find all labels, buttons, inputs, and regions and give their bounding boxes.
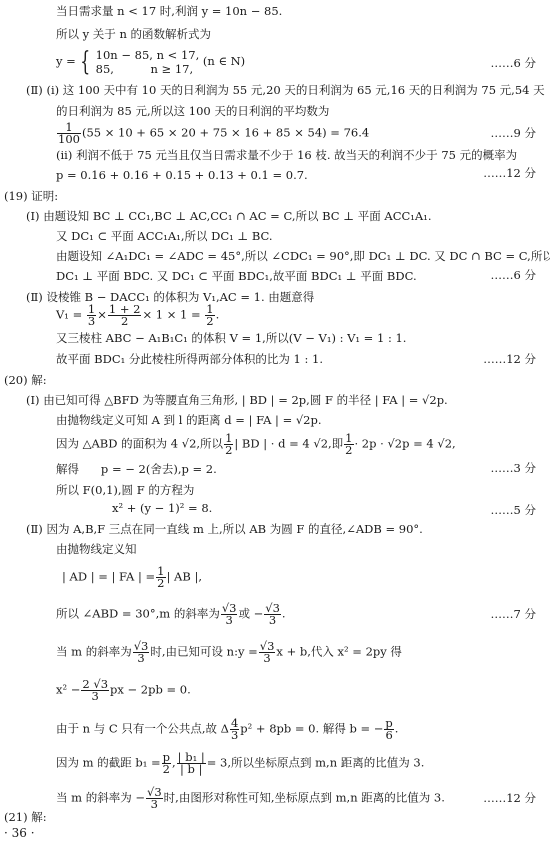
score-marker: ……9 分 (491, 125, 536, 141)
text-line: 解得 p = − 2(舍去),p = 2. (56, 462, 217, 476)
text-line: 所以 y 关于 n 的函数解析式为 (56, 27, 211, 41)
score-marker: ……3 分 (491, 460, 536, 476)
text-line: (Ⅱ) (i) 这 100 天中有 10 天的日利润为 55 元,20 天的日利… (26, 83, 545, 97)
domain: (n ∈ N) (203, 54, 245, 68)
text-line: (Ⅰ) 由已知可得 △BFD 为等腰直角三角形, | BD | = 2p,圆 F… (26, 393, 448, 407)
text-line: (Ⅰ) 由题设知 BC ⊥ CC₁,BC ⊥ AC,CC₁ ∩ AC = C,所… (26, 209, 431, 223)
equation: | AD | = | FA | =12| AB |, (62, 566, 202, 589)
text-line: (Ⅱ) 设棱锥 B − DACC₁ 的体积为 V₁,AC = 1. 由题意得 (26, 290, 314, 304)
text-line: (ii) 利润不低于 75 元当且仅当日需求量不少于 16 枝. 故当天的利润不… (56, 148, 517, 162)
score-marker: ……7 分 (491, 606, 536, 622)
text-line: 所以 F(0,1),圆 F 的方程为 (56, 483, 194, 497)
text-line: 当日需求量 n < 17 时,利润 y = 10n − 85. (56, 4, 282, 18)
part-label: (Ⅱ) (26, 83, 43, 97)
score-marker: ……12 分 (483, 165, 536, 181)
part-label: (Ⅰ) (26, 209, 40, 223)
text: 由已知可得 △BFD 为等腰直角三角形, | BD | = 2p,圆 F 的半径… (43, 393, 448, 407)
piecewise-cases: 10n − 85, n < 17, 85, n ≥ 17, (96, 48, 200, 76)
text: 由题设知 BC ⊥ CC₁,BC ⊥ AC,CC₁ ∩ AC = C,所以 BC… (43, 209, 431, 223)
text: 因为 A,B,F 三点在同一直线 m 上,所以 AB 为圆 F 的直径,∠ADB… (46, 522, 422, 536)
case-2: 85, n ≥ 17, (96, 62, 200, 76)
text: (i) 这 100 天中有 10 天的日利润为 55 元,20 天的日利润为 6… (46, 83, 544, 97)
equation: 当 m 的斜率为 −√33时,由图形对称性可知,坐标原点到 m,n 距离的比值为… (56, 787, 445, 810)
equation: x² −2 √33px − 2pb = 0. (56, 679, 191, 702)
score-marker: ……5 分 (491, 502, 536, 518)
text-line: 故平面 BDC₁ 分此棱柱所得两部分体积的比为 1 : 1. (56, 352, 323, 366)
text-line: 由抛物线定义知 (56, 542, 137, 556)
equation: 由于 n 与 C 只有一个公共点,故 Δ43p² + 8pb = 0. 解得 b… (56, 718, 398, 741)
fraction: 1100 (57, 122, 81, 145)
score-marker: ……12 分 (483, 351, 536, 367)
score-marker: ……6 分 (491, 55, 536, 71)
question-heading: (19) 证明: (4, 189, 58, 203)
text-line: 又 DC₁ ⊂ 平面 ACC₁A₁,所以 DC₁ ⊥ BC. (56, 229, 273, 243)
text-line: 的日利润为 85 元,所以这 100 天的日利润的平均数为 (56, 104, 329, 118)
text-line: (Ⅱ) 因为 A,B,F 三点在同一直线 m 上,所以 AB 为圆 F 的直径,… (26, 522, 423, 536)
math-lhs: y = (56, 54, 76, 68)
text-line: 由抛物线定义可知 A 到 l 的距离 d = | FA | = √2p. (56, 413, 322, 427)
equation: 因为 m 的截距 b₁ =p2,| b₁ || b |= 3,所以坐标原点到 m… (56, 752, 424, 775)
text-line: 又三棱柱 ABC − A₁B₁C₁ 的体积 V = 1,所以(V − V₁) :… (56, 331, 406, 345)
text: 设棱锥 B − DACC₁ 的体积为 V₁,AC = 1. 由题意得 (46, 290, 314, 304)
equation: 因为 △ABD 的面积为 4 √2,所以12| BD | · d = 4 √2,… (56, 433, 456, 456)
text-line: DC₁ ⊥ 平面 BDC. 又 DC₁ ⊂ 平面 BDC₁,故平面 BDC₁ ⊥… (56, 269, 417, 283)
equation: 1100(55 × 10 + 65 × 20 + 75 × 16 + 85 × … (56, 122, 369, 145)
equation: x² + (y − 1)² = 8. (112, 501, 212, 515)
score-marker: ……12 分 (483, 790, 536, 806)
equation: 当 m 的斜率为√33时,由已知可设 n:y =√33x + b,代入 x² =… (56, 641, 402, 664)
part-label: (Ⅰ) (26, 393, 40, 407)
piecewise-function: y = { 10n − 85, n < 17, 85, n ≥ 17, (n ∈… (56, 48, 245, 76)
score-marker: ……6 分 (491, 267, 536, 283)
equation: p = 0.16 + 0.16 + 0.15 + 0.13 + 0.1 = 0.… (56, 168, 308, 182)
case-1: 10n − 85, n < 17, (96, 48, 200, 62)
equation: 所以 ∠ABD = 30°,m 的斜率为√33或 −√33. (56, 603, 286, 626)
part-label: (Ⅱ) (26, 522, 43, 536)
question-heading: (21) 解: (4, 810, 47, 824)
equation: V₁ = 13×1 + 22× 1 × 1 = 12. (56, 304, 219, 327)
brace: { (81, 49, 91, 75)
part-label: (Ⅱ) (26, 290, 43, 304)
question-heading: (20) 解: (4, 373, 47, 387)
text-line: 由题设知 ∠A₁DC₁ = ∠ADC = 45°,所以 ∠CDC₁ = 90°,… (56, 249, 550, 263)
page-number: · 36 · (4, 826, 35, 840)
